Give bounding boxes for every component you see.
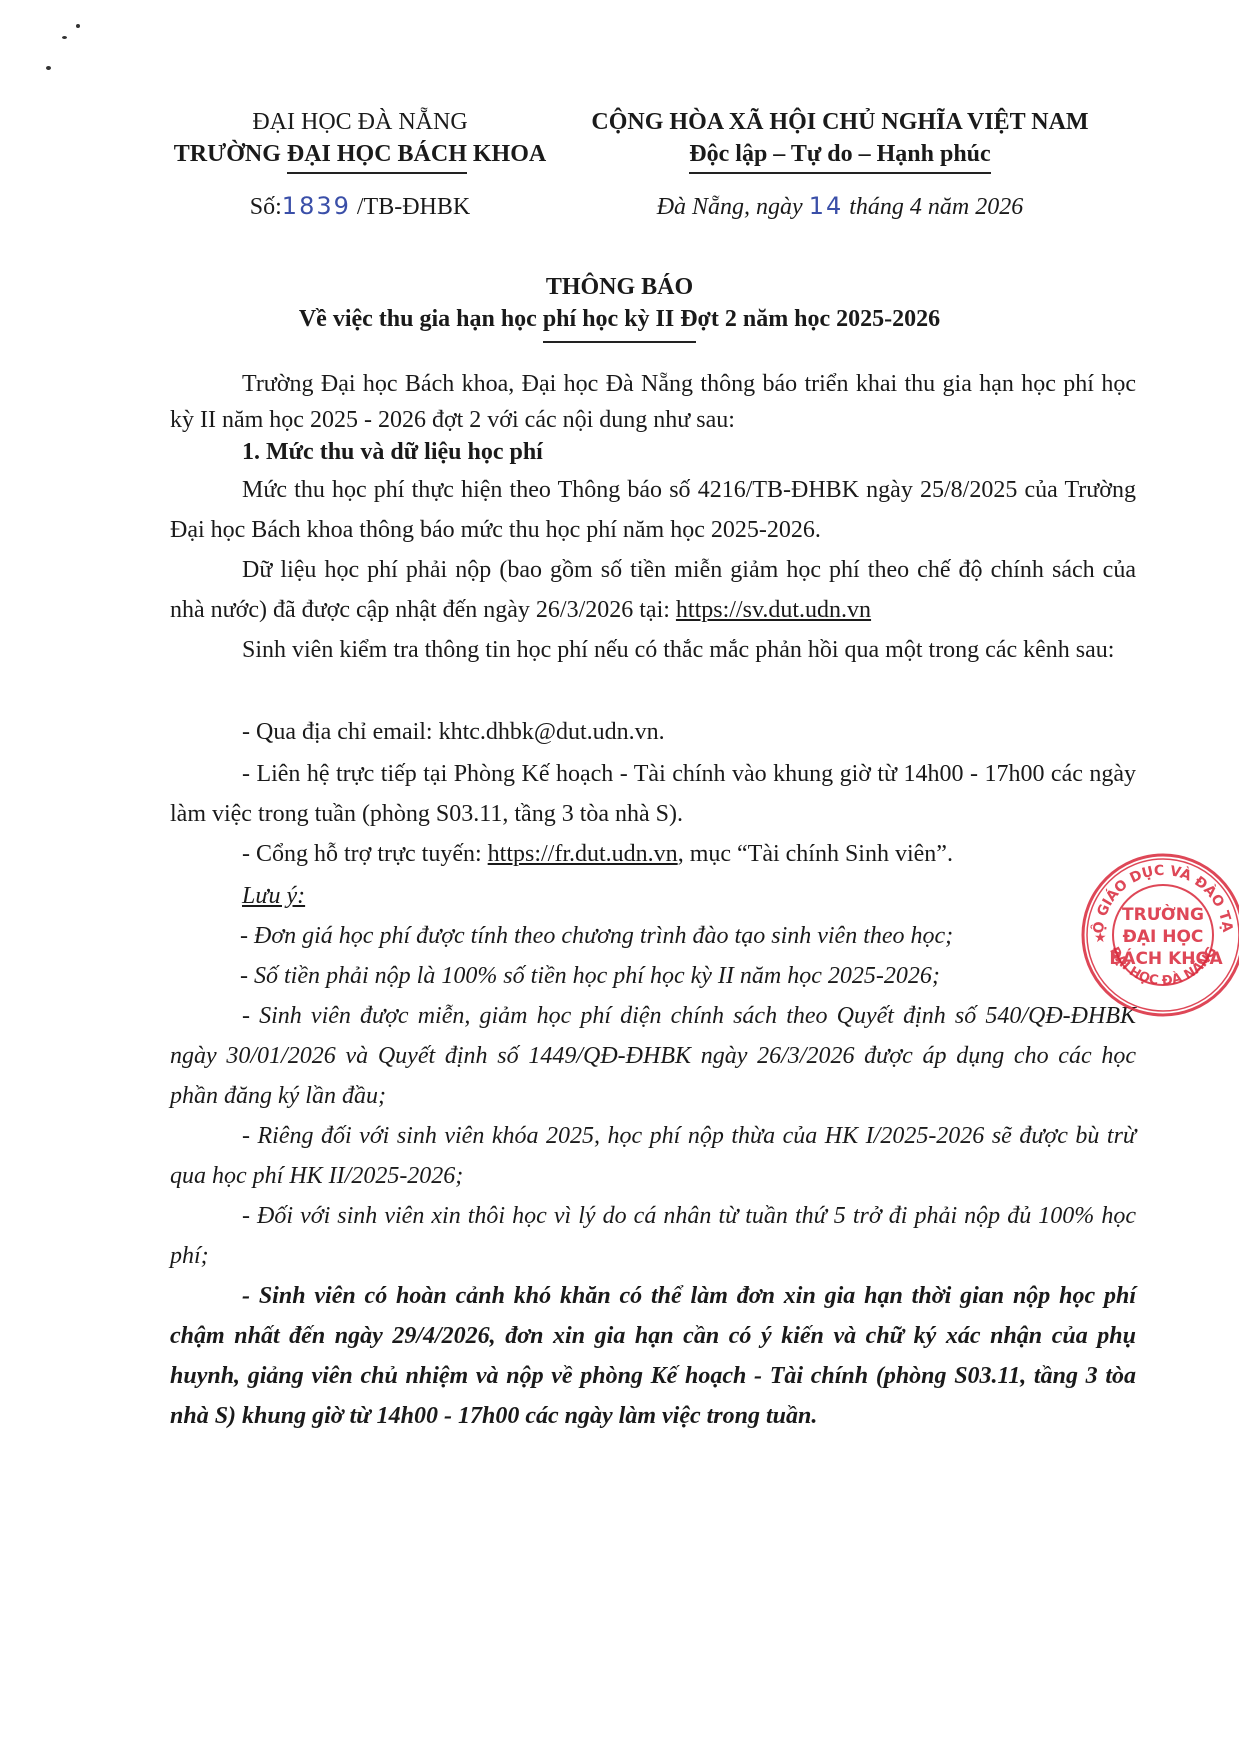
stamp-line-3: BÁCH KHOA xyxy=(1109,947,1223,969)
handwritten-day: 14 xyxy=(809,192,844,220)
document-date: Đà Nẵng, ngày 14 tháng 4 năm 2026 xyxy=(570,192,1110,221)
subject-underline xyxy=(543,341,697,343)
finance-portal-link[interactable]: https://fr.dut.udn.vn xyxy=(488,841,678,867)
issuer-block: ĐẠI HỌC ĐÀ NẴNG TRƯỜNG ĐẠI HỌC BÁCH KHOA xyxy=(150,106,570,170)
issuing-school: TRƯỜNG ĐẠI HỌC BÁCH KHOA xyxy=(150,138,570,170)
stamp-star-icon: ★ xyxy=(1094,930,1107,946)
issuer-underline xyxy=(287,172,467,174)
student-portal-link[interactable]: https://sv.dut.udn.vn xyxy=(676,597,871,623)
national-header: CỘNG HÒA XÃ HỘI CHỦ NGHĨA VIỆT NAM Độc l… xyxy=(570,106,1110,170)
stamp-line-2: ĐẠI HỌC xyxy=(1123,927,1204,947)
note-5: - Đối với sinh viên xin thôi học vì lý d… xyxy=(170,1196,1136,1276)
national-motto: Độc lập – Tự do – Hạnh phúc xyxy=(689,138,990,170)
official-seal-stamp: BỘ GIÁO DỤC VÀ ĐÀO TẠO ĐẠI HỌC ĐÀ NẴNG T… xyxy=(1078,850,1239,1020)
feedback-paragraph: Sinh viên kiểm tra thông tin học phí nếu… xyxy=(170,630,1136,670)
note-1: - Đơn giá học phí được tính theo chương … xyxy=(240,916,1140,956)
handwritten-number: 1839 xyxy=(282,192,351,220)
fee-level-paragraph: Mức thu học phí thực hiện theo Thông báo… xyxy=(170,470,1136,550)
document-subject: Về việc thu gia hạn học phí học kỳ II Đợ… xyxy=(0,306,1239,333)
note-2: - Số tiền phải nộp là 100% số tiền học p… xyxy=(240,956,1140,996)
channel-direct: - Liên hệ trực tiếp tại Phòng Kế hoạch -… xyxy=(170,754,1136,834)
section-1-heading: 1. Mức thu và dữ liệu học phí xyxy=(242,432,1042,472)
note-6-extension-request: - Sinh viên có hoàn cảnh khó khăn có thể… xyxy=(170,1276,1136,1436)
note-4: - Riêng đối với sinh viên khóa 2025, học… xyxy=(170,1116,1136,1196)
scan-specks xyxy=(0,0,150,100)
note-3: - Sinh viên được miễn, giảm học phí diện… xyxy=(170,996,1136,1116)
intro-paragraph: Trường Đại học Bách khoa, Đại học Đà Nẵn… xyxy=(170,366,1136,438)
fee-data-paragraph: Dữ liệu học phí phải nộp (bao gồm số tiề… xyxy=(170,550,1136,630)
stamp-line-1: TRƯỜNG xyxy=(1122,903,1204,925)
document-title: THÔNG BÁO xyxy=(0,274,1239,301)
motto-underline xyxy=(689,172,990,174)
document-number: Số:1839 /TB-ĐHBK xyxy=(150,192,570,221)
channel-email: - Qua địa chỉ email: khtc.dhbk@dut.udn.v… xyxy=(170,712,1136,752)
country-name: CỘNG HÒA XÃ HỘI CHỦ NGHĨA VIỆT NAM xyxy=(570,106,1110,138)
note-label: Lưu ý: xyxy=(242,876,305,916)
channel-portal: - Cổng hỗ trợ trực tuyến: https://fr.dut… xyxy=(170,834,1136,874)
parent-university: ĐẠI HỌC ĐÀ NẴNG xyxy=(150,106,570,138)
